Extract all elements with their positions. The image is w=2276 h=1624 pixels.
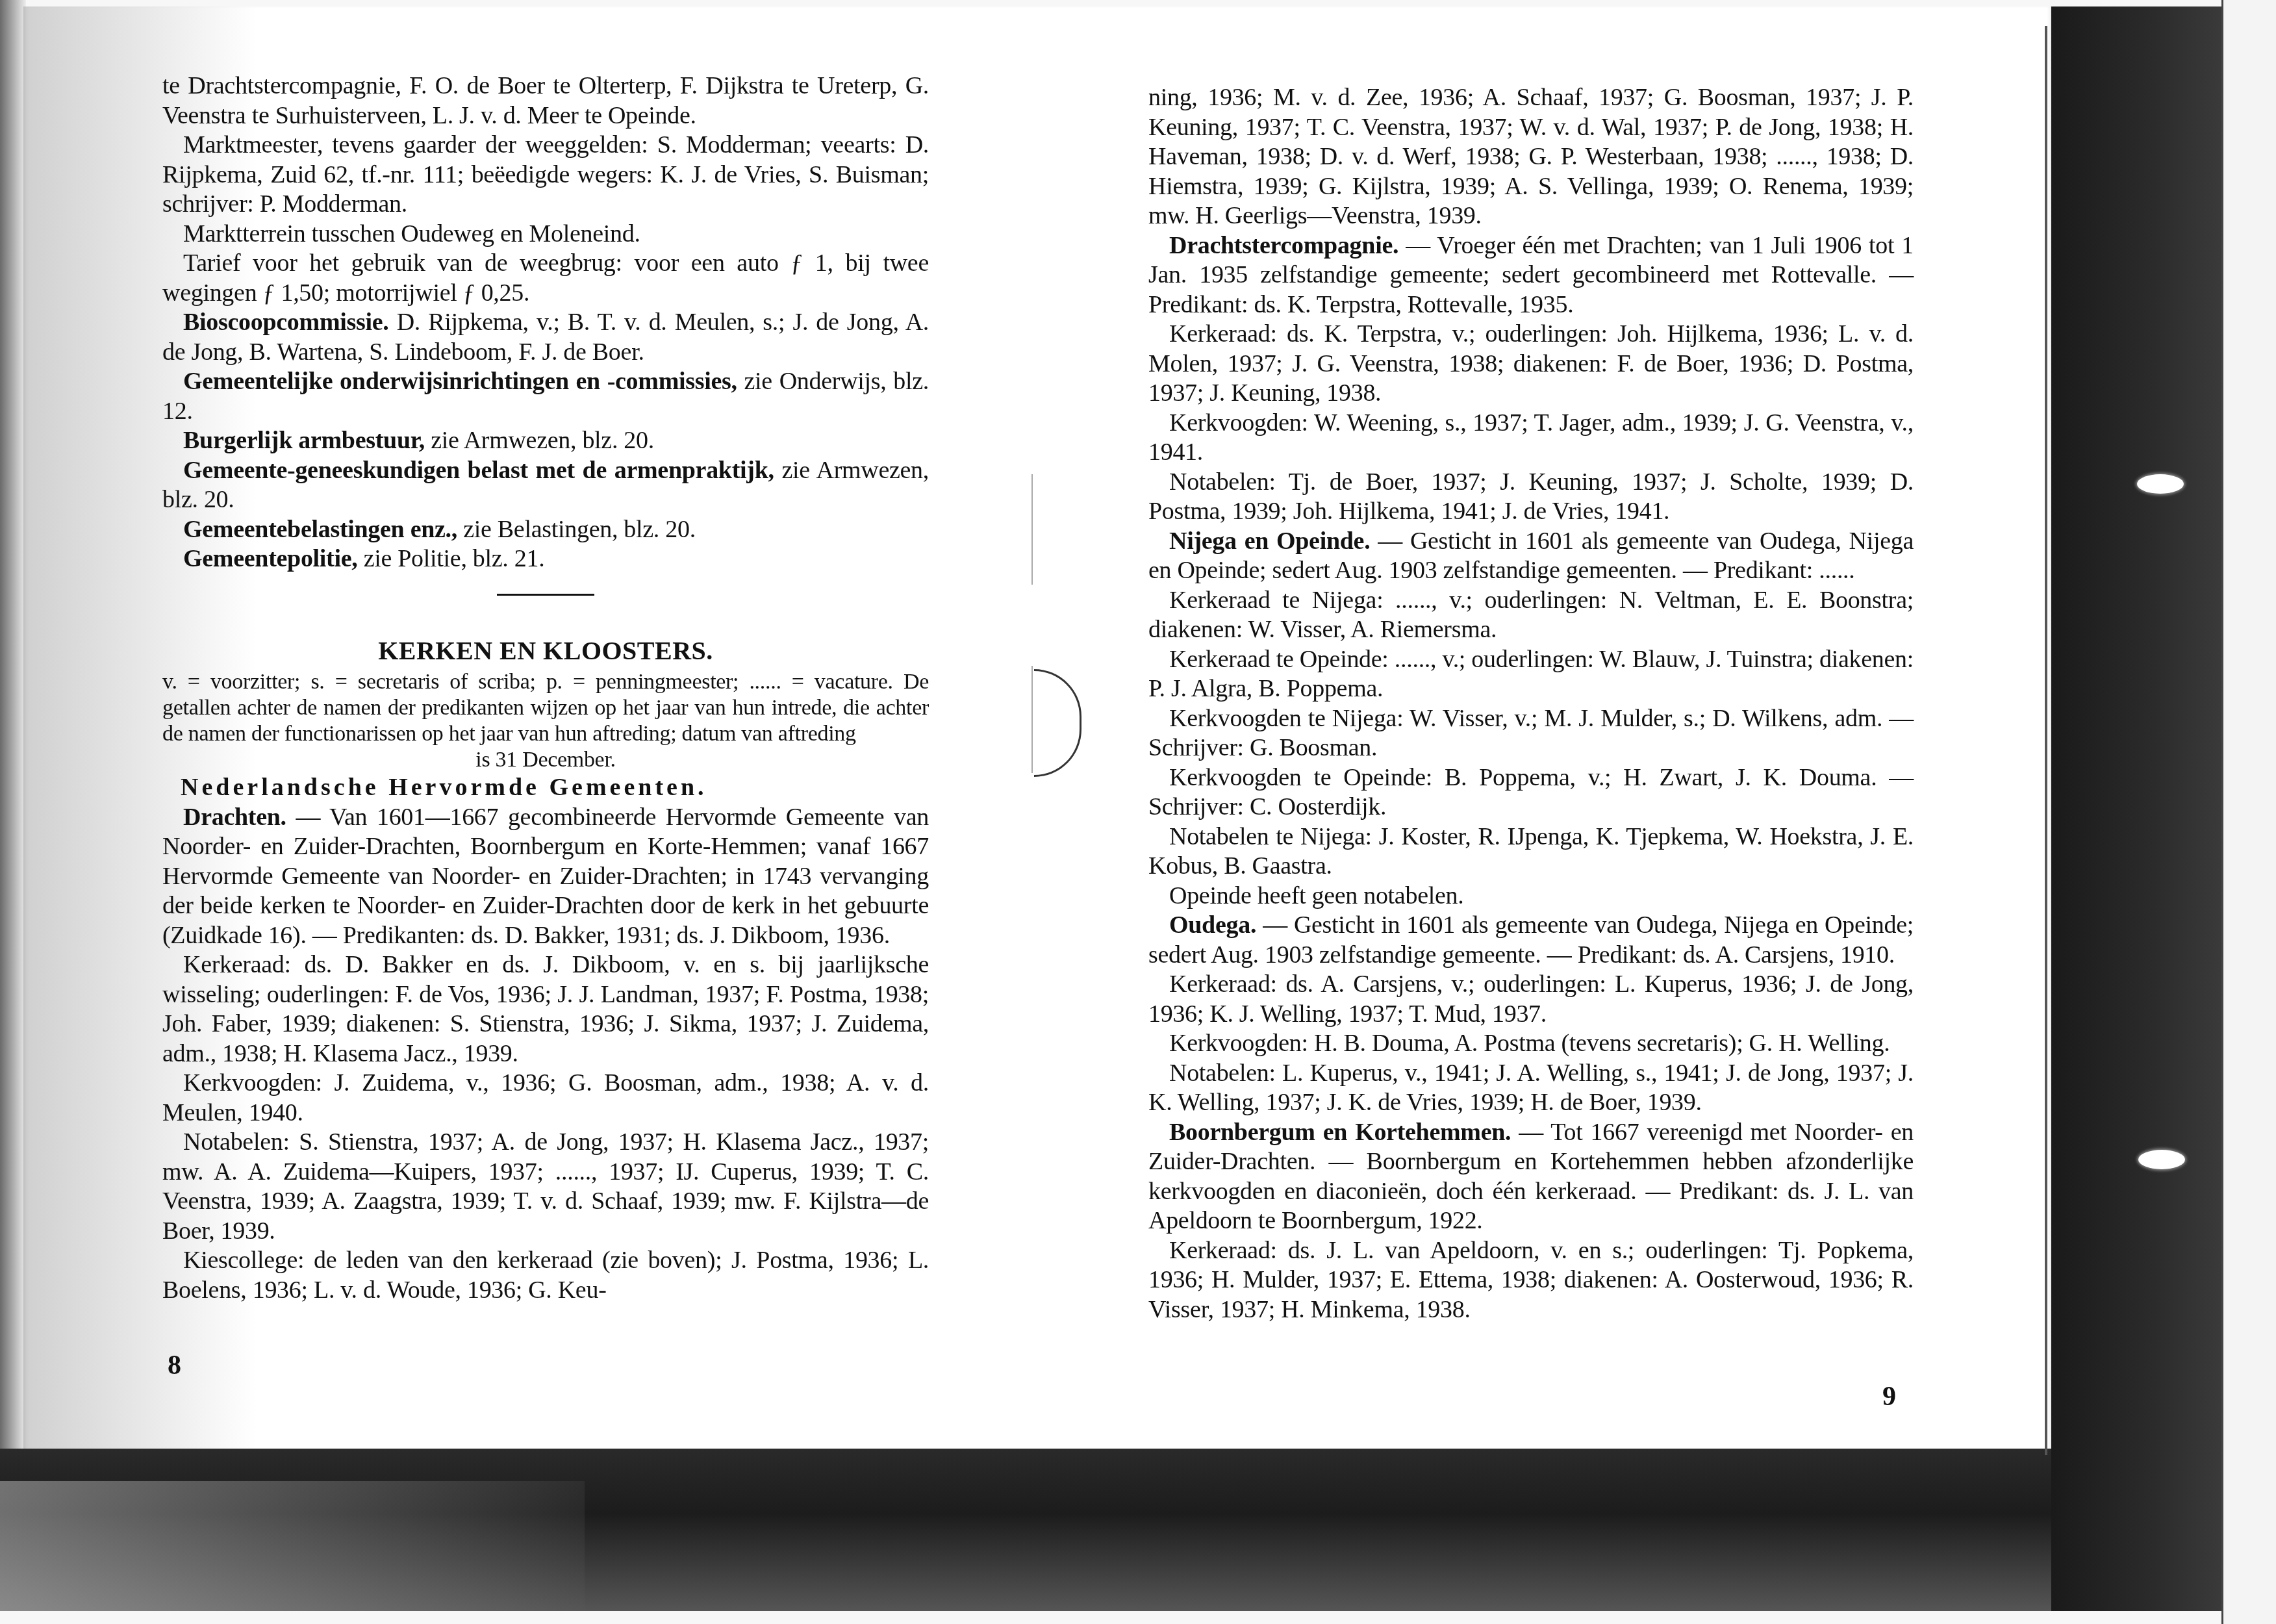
left-page-text: te Drachtstercompagnie, F. O. de Boer te… [162,71,929,1305]
scanner-right-band [2051,6,2221,1611]
page-number-left: 8 [168,1350,181,1381]
paragraph: Bioscoopcommissie. D. Rijpkema, v.; B. T… [162,308,929,367]
paragraph: Kerkvoogden: W. Weening, s., 1937; T. Ja… [1148,409,1914,468]
paragraph: Drachten. — Van 1601—1667 gecombineerde … [162,803,929,951]
page-number-right: 9 [1882,1381,1896,1412]
section-divider [497,594,594,596]
paragraph: ning, 1936; M. v. d. Zee, 1936; A. Schaa… [1148,83,1914,231]
punch-hole-icon [2138,1150,2185,1169]
paragraph: Gemeentelijke onderwijsinrichtingen en -… [162,367,929,426]
paragraph: Kerkvoogden: J. Zuidema, v., 1936; G. Bo… [162,1069,929,1128]
paragraph: Tarief voor het gebruik van de weegbrug:… [162,249,929,308]
paragraph: Marktterrein tusschen Oudeweg en Molenei… [162,220,929,249]
gutter-thread-icon [1031,666,1033,773]
right-page-text: ning, 1936; M. v. d. Zee, 1936; A. Schaa… [1148,83,1914,1325]
paragraph: Oudega. — Gesticht in 1601 als gemeente … [1148,911,1914,970]
paragraph: Kerkeraad te Nijega: ......, v.; ouderli… [1148,586,1914,645]
paragraph: Gemeentepolitie, zie Politie, blz. 21. [162,544,929,574]
paragraph: Nijega en Opeinde. — Gesticht in 1601 al… [1148,527,1914,586]
paragraph: Kerkeraad: ds. D. Bakker en ds. J. Dikbo… [162,950,929,1069]
paragraph: Kerkeraad: ds. A. Carsjens, v.; ouderlin… [1148,970,1914,1029]
legend-last-line: is 31 December. [162,747,929,773]
right-edge-strip [2221,0,2276,1624]
gutter-staple-icon [1031,474,1033,585]
paragraph: Kerkeraad: ds. J. L. van Apeldoorn, v. e… [1148,1236,1914,1325]
abbreviation-legend: v. = voorzitter; s. = secretaris of scri… [162,669,929,773]
paragraph: Notabelen: L. Kuperus, v., 1941; J. A. W… [1148,1059,1914,1118]
paragraph: Notabelen te Nijega: J. Koster, R. IJpen… [1148,822,1914,882]
section-heading: KERKEN EN KLOOSTERS. [162,636,929,666]
paragraph: Marktmeester, tevens gaarder der weeggel… [162,131,929,220]
paragraph: Notabelen: S. Stienstra, 1937; A. de Jon… [162,1128,929,1246]
paragraph: Burgerlijk armbestuur, zie Armwezen, blz… [162,426,929,456]
scanner-bottom-band-highlight [0,1481,585,1611]
subheading: Nederlandsche Hervormde Gemeenten. [162,773,929,803]
legend-text: v. = voorzitter; s. = secretaris of scri… [162,669,929,747]
paragraph: Kerkvoogden te Opeinde: B. Poppema, v.; … [1148,763,1914,822]
paragraph: te Drachtstercompagnie, F. O. de Boer te… [162,71,929,131]
paragraph: Kerkeraad te Opeinde: ......, v.; ouderl… [1148,645,1914,704]
paragraph: Gemeentebelastingen enz., zie Belastinge… [162,515,929,545]
page-edge-line [2045,26,2047,1455]
paragraph: Gemeente-geneeskundigen belast met de ar… [162,456,929,515]
paragraph: Boornbergum en Kortehemmen. — Tot 1667 v… [1148,1118,1914,1236]
paragraph: Kerkvoogden te Nijega: W. Visser, v.; M.… [1148,704,1914,763]
paragraph: Kiescollege: de leden van den kerkeraad … [162,1246,929,1305]
punch-hole-icon [2137,474,2184,494]
paragraph: Kerkvoogden: H. B. Douma, A. Postma (tev… [1148,1029,1914,1059]
left-edge-shadow [0,0,26,1475]
paragraph: Notabelen: Tj. de Boer, 1937; J. Keuning… [1148,468,1914,527]
paragraph: Opeinde heeft geen notabelen. [1148,882,1914,911]
paragraph: Drachtstercompagnie. — Vroeger één met D… [1148,231,1914,320]
paragraph: Kerkeraad: ds. K. Terpstra, v.; ouderlin… [1148,320,1914,409]
